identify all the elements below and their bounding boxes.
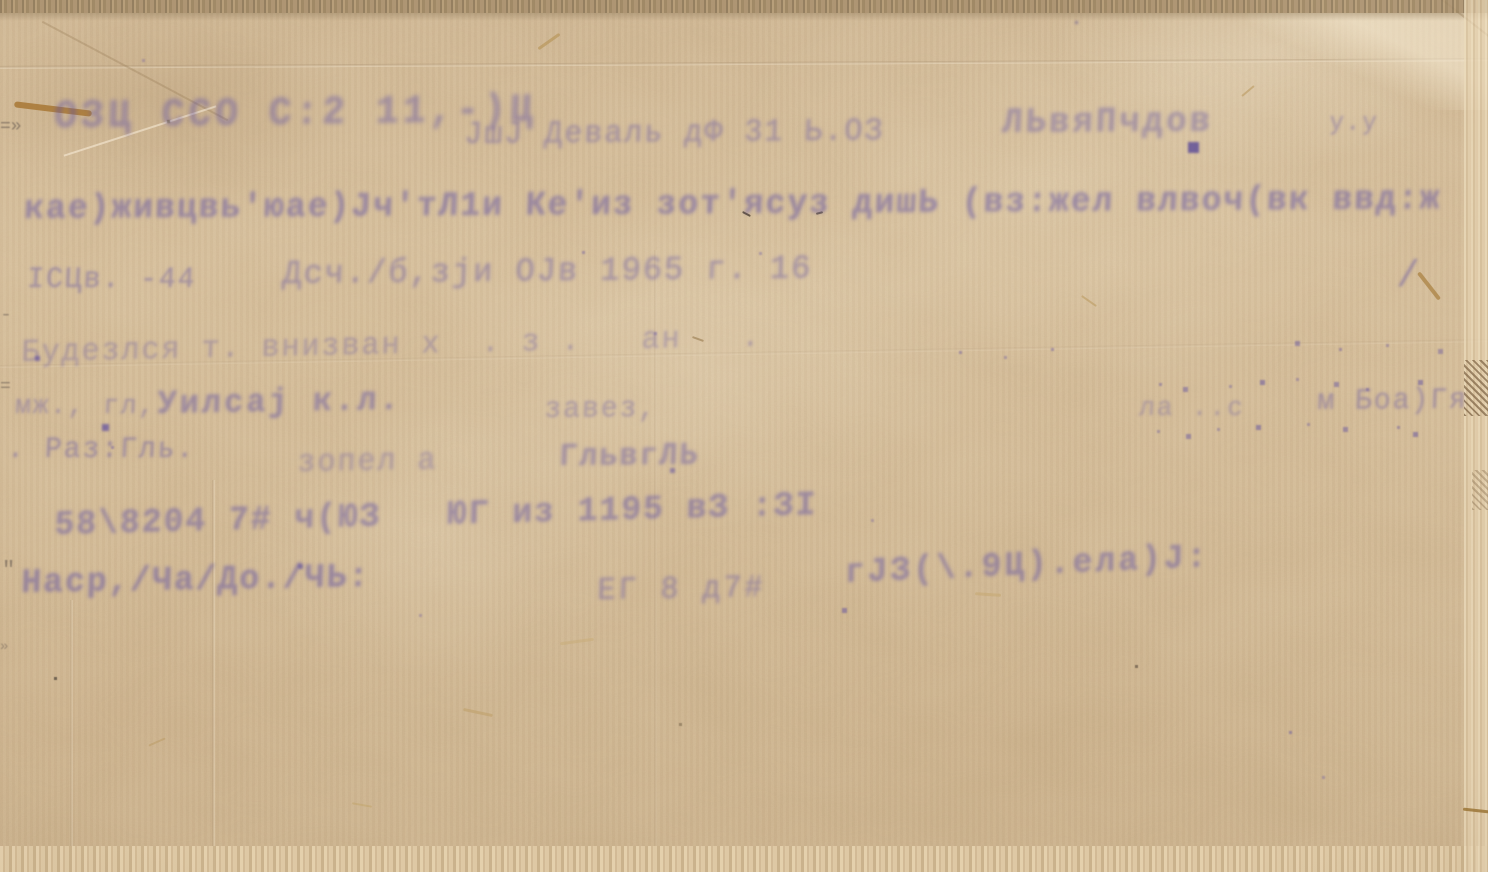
scan-vignette [0, 0, 1488, 872]
scanned-document-page: ОЗЦ ССО С:2 11,-)ЦJшJ Деваль дФ 31 Ь.ОЗЛ… [0, 0, 1488, 872]
